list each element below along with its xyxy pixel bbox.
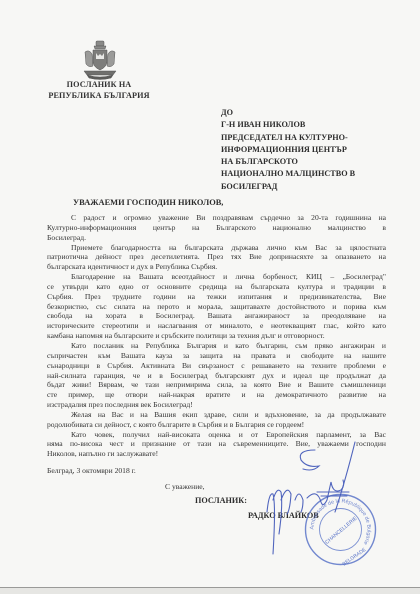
body-line: безкористно, със силата на перото и мора… [47,302,386,312]
letter-page: ПОСЛАНИК НА РЕПУБЛИКА БЪЛГАРИЯ ДО Г-Н ИВ… [0,0,420,587]
coat-of-arms-icon [81,38,119,80]
place-and-date: Белград, 3 октомври 2018 г. [47,466,136,475]
recipient-line: ПРЕДСЕДАТЕЛ НА КУЛТУРНО- [221,132,411,144]
salutation: УВАЖАЕМИ ГОСПОДИН НИКОЛОВ, [73,198,223,207]
body-line: родолюбивата си дейност, с която българи… [47,420,386,430]
page-bottom-edge [0,587,420,594]
body-line: патриотична дейност през десетилетията. … [47,252,386,262]
body-line: свобода на хората в Босилеград. Вашата а… [47,311,386,321]
body-line: Босилеград. [47,233,386,243]
sender-heading: ПОСЛАНИК НА РЕПУБЛИКА БЪЛГАРИЯ [44,80,154,101]
recipient-line: Г-Н ИВАН НИКОЛОВ [221,119,411,131]
body-line: Като човек, получил най-високата оценка … [47,430,386,440]
sender-line-2: РЕПУБЛИКА БЪЛГАРИЯ [44,91,154,102]
body-line: най-силната гаранция, че и в Босилеград … [47,371,386,381]
recipient-line: НАЦИОНАЛНО МАЛЦИНСТВО В [221,168,411,180]
recipient-line: ИНФОРМАЦИОННИЯ ЦЕНТЪР [221,144,411,156]
body-line: българската идентичност и дух в Републик… [47,262,386,272]
body-line: се утвърди като едно от основните средищ… [47,282,386,292]
recipient-line: БОСИЛЕГРАД [221,181,411,193]
recipient-block: ДО Г-Н ИВАН НИКОЛОВ ПРЕДСЕДАТЕЛ НА КУЛТУ… [221,107,411,193]
closing-phrase: С уважение, [165,482,205,491]
body-line: камбана напомня на българските и сръбски… [47,331,386,341]
body-line: Културно-информационния център на Българ… [47,223,386,233]
sender-line-1: ПОСЛАНИК НА [44,80,154,91]
body-line: Сърбия. През трудните години на тежки из… [47,292,386,302]
recipient-line: ДО [221,107,411,119]
letter-body: С радост и огромно уважение Ви поздравяв… [47,213,386,459]
body-line: Приемете благодарността на българската д… [47,243,386,253]
body-line: съпричастен към Вашата кауза за защита н… [47,351,386,361]
body-line: изстрадалия през последния век Босилегра… [47,400,386,410]
body-line: сънародници в Сърбия. Активната Ви свърз… [47,361,386,371]
body-line: бъдат живи! Вярвам, че тази непримирима … [47,380,386,390]
body-line: С радост и огромно уважение Ви поздравяв… [47,213,386,223]
body-line: Благодарение на Вашата всеотдайност и ли… [47,272,386,282]
body-line: Като посланик на Република България и ка… [47,341,386,351]
body-line: Желая на Вас и на Вашия екип здраве, сил… [47,410,386,420]
handwritten-signature-icon [255,440,375,570]
body-line: сте пример, ще отвори най-накрая вратите… [47,390,386,400]
signatory-title: ПОСЛАНИК: [195,496,247,505]
recipient-line: НА БЪЛГАРСКОТО [221,156,411,168]
body-line: историческите стереотипи и наслагвания о… [47,321,386,331]
